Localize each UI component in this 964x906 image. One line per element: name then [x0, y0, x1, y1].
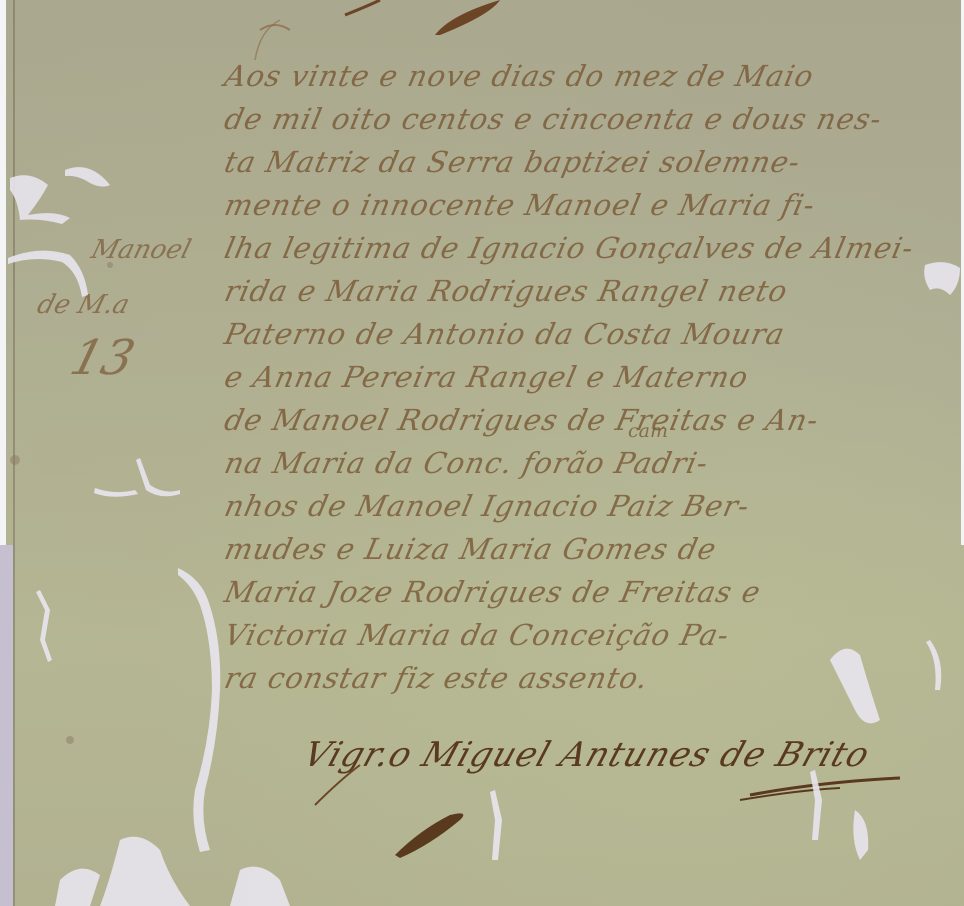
body-line: de mil oito centos e cincoenta e dous ne… — [220, 98, 959, 141]
interlinear-insertion: cam — [628, 420, 668, 442]
body-line: mudes e Luiza Maria Gomes de — [220, 528, 959, 571]
page-edge-shadow — [13, 0, 15, 906]
body-line: lha legitima de Ignacio Gonçalves de Alm… — [220, 227, 959, 270]
scan-border-left-lower — [0, 545, 13, 906]
body-line: ra constar fiz este assento. — [220, 657, 959, 700]
record-body: Aos vinte e nove dias do mez de Maio de … — [225, 55, 955, 700]
body-line: Paterno de Antonio da Costa Moura — [220, 313, 959, 356]
signature-flourish — [300, 760, 920, 870]
body-line: Aos vinte e nove dias do mez de Maio — [220, 55, 959, 98]
body-line: ta Matriz da Serra baptizei solemne- — [220, 141, 959, 184]
body-line: mente o innocente Manoel e Maria fi- — [220, 184, 959, 227]
margin-name-line1: Manoel — [88, 235, 194, 265]
body-line: de Manoel Rodrigues de Freitas e An- — [220, 399, 959, 442]
body-line: nhos de Manoel Ignacio Paiz Ber- — [220, 485, 959, 528]
body-line: rida e Maria Rodrigues Rangel neto — [220, 270, 959, 313]
margin-name-line2: de M.a — [34, 290, 133, 320]
margin-entry-number: 13 — [64, 330, 140, 386]
body-line: Maria Joze Rodrigues de Freitas e — [220, 571, 959, 614]
body-line: e Anna Pereira Rangel e Materno — [220, 356, 959, 399]
body-line: Victoria Maria da Conceição Pa- — [220, 614, 959, 657]
scanned-document-page: Manoel de M.a 13 Aos vinte e nove dias d… — [0, 0, 964, 906]
priest-signature: Vigr.o Miguel Antunes de Brito — [299, 735, 876, 775]
body-line: na Maria da Conc. forão Padri- — [220, 442, 959, 485]
scan-border-left — [0, 0, 6, 545]
